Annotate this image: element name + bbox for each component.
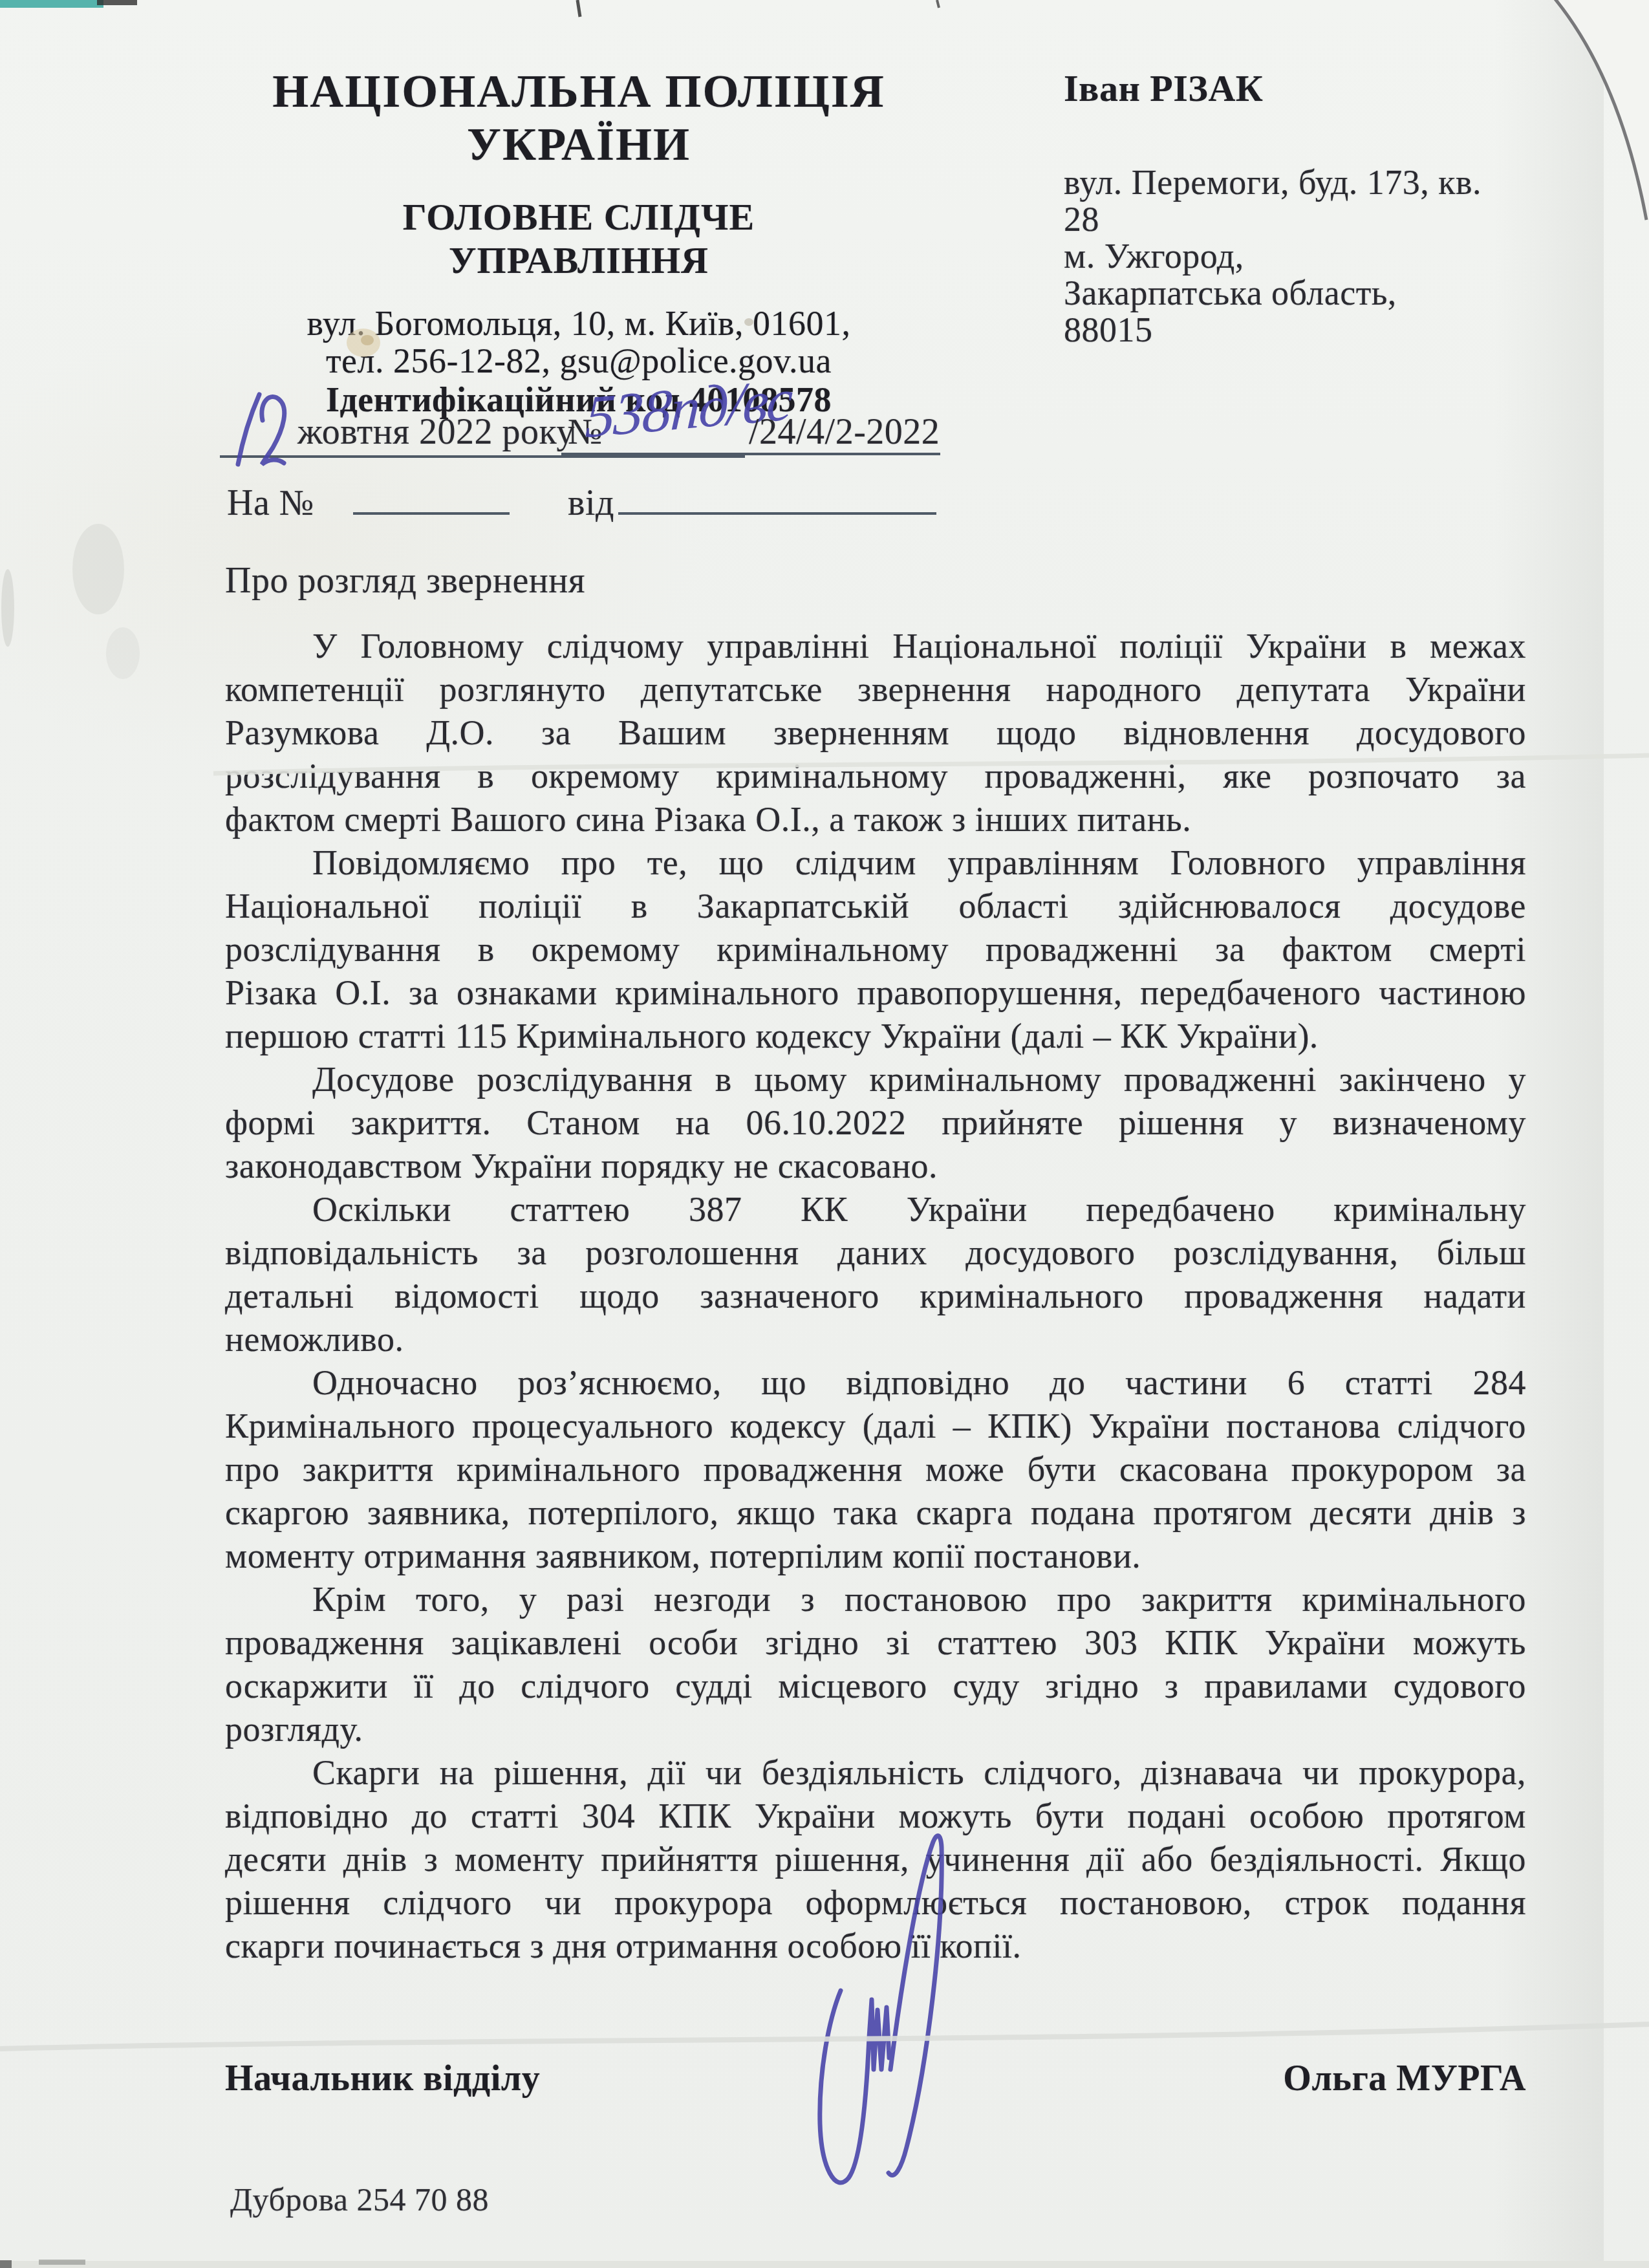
reply-number-underline [353, 512, 510, 515]
scanned-letter-page: НАЦІОНАЛЬНА ПОЛІЦІЯ УКРАЇНИ ГОЛОВНЕ СЛІД… [0, 0, 1649, 2268]
org-name-line1: НАЦІОНАЛЬНА ПОЛІЦІЯ [272, 65, 886, 118]
from-label: від [568, 482, 614, 524]
body-line: скаргою заявника, потерпілого, якщо така… [225, 1491, 1526, 1535]
body-line: Крім того, у разі незгоди з постановою п… [225, 1578, 1526, 1621]
reply-date-underline [618, 512, 936, 515]
recipient-name: Іван РІЗАК [1064, 67, 1516, 110]
signature-row: Начальник відділу Ольга МУРГА [225, 2058, 1526, 2099]
recipient-address-line1: вул. Перемоги, буд. 173, кв. 28 [1064, 164, 1516, 238]
executor-line: Дуброва 254 70 88 [230, 2181, 489, 2218]
body-line: Скарги на рішення, дії чи бездіяльність … [225, 1751, 1526, 1795]
body-line: формі закриття. Станом на 06.10.2022 при… [225, 1101, 1526, 1145]
body-line: Кримінального процесуального кодексу (да… [225, 1405, 1526, 1448]
body-line: моменту отримання заявником, потерпілим … [225, 1535, 1526, 1578]
body-line: розслідування в окремому кримінальному п… [225, 928, 1526, 971]
recipient-address-line3: Закарпатська область, [1064, 275, 1516, 312]
body-line: скарги починається з дня отримання особо… [225, 1925, 1526, 1968]
date-text: жовтня 2022 року [297, 411, 575, 453]
body-line: Досудове розслідування в цьому криміналь… [225, 1058, 1526, 1101]
body-paragraphs: У Головному слідчому управлінні Націонал… [225, 625, 1526, 1968]
recipient-block: Іван РІЗАК вул. Перемоги, буд. 173, кв. … [1064, 67, 1516, 349]
body-line: Одночасно роз’яснюємо, що відповідно до … [225, 1361, 1526, 1405]
number-underline [561, 453, 940, 455]
recipient-postal-code: 88015 [1064, 312, 1516, 349]
body-line: фактом смерті Вашого сина Різака О.І., а… [225, 798, 1526, 841]
body-line: детальні відомості щодо зазначеного крим… [225, 1275, 1526, 1318]
org-department: ГОЛОВНЕ СЛІДЧЕ УПРАВЛІННЯ [272, 195, 886, 282]
reply-to-label: На № [227, 482, 314, 524]
body-line: компетенції розглянуто депутатське зверн… [225, 668, 1526, 711]
body-line: У Головному слідчому управлінні Націонал… [225, 625, 1526, 668]
signature-position: Начальник відділу [225, 2058, 540, 2099]
body-line: розслідування в окремому кримінальному п… [225, 755, 1526, 798]
body-line: Повідомляємо про те, що слідчим управлін… [225, 841, 1526, 885]
body-line: неможливо. [225, 1318, 1526, 1361]
org-name-line2: УКРАЇНИ [272, 118, 886, 171]
scan-right-shade [1494, 0, 1604, 2268]
body-line: відповідальність за розголошення даних д… [225, 1231, 1526, 1275]
body-line: про закриття кримінального провадження м… [225, 1448, 1526, 1491]
org-address: вул. Богомольця, 10, м. Київ, 01601, [272, 305, 886, 341]
body-line: десяти днів з моменту прийняття рішення,… [225, 1838, 1526, 1881]
number-suffix: /24/4/2-2022 [749, 411, 940, 453]
body-line: оскаржити її до слідчого судді місцевого… [225, 1665, 1526, 1708]
body-line: Національної поліції в Закарпатській обл… [225, 885, 1526, 928]
body-line: Оскільки статтею 387 КК України передбач… [225, 1188, 1526, 1231]
org-contacts: тел. 256-12-82, gsu@police.gov.ua [272, 343, 886, 379]
body-line: провадження зацікавлені особи згідно зі … [225, 1621, 1526, 1665]
body-line: відповідно до статті 304 КПК України мож… [225, 1795, 1526, 1838]
body-line: розгляду. [225, 1708, 1526, 1751]
body-line: Різака О.І. за ознаками кримінального пр… [225, 971, 1526, 1015]
body-line: рішення слідчого чи прокурора оформлюєть… [225, 1881, 1526, 1925]
subject-line: Про розгляд звернення [225, 560, 585, 601]
recipient-address-line2: м. Ужгород, [1064, 238, 1516, 275]
body-line: першою статті 115 Кримінального кодексу … [225, 1015, 1526, 1058]
date-underline [220, 455, 745, 458]
body-line: Разумкова Д.О. за Вашим зверненням щодо … [225, 711, 1526, 755]
signatory-name: Ольга МУРГА [1283, 2058, 1526, 2099]
letterhead: НАЦІОНАЛЬНА ПОЛІЦІЯ УКРАЇНИ ГОЛОВНЕ СЛІД… [272, 65, 886, 418]
body-line: законодавством України порядку не скасов… [225, 1145, 1526, 1188]
